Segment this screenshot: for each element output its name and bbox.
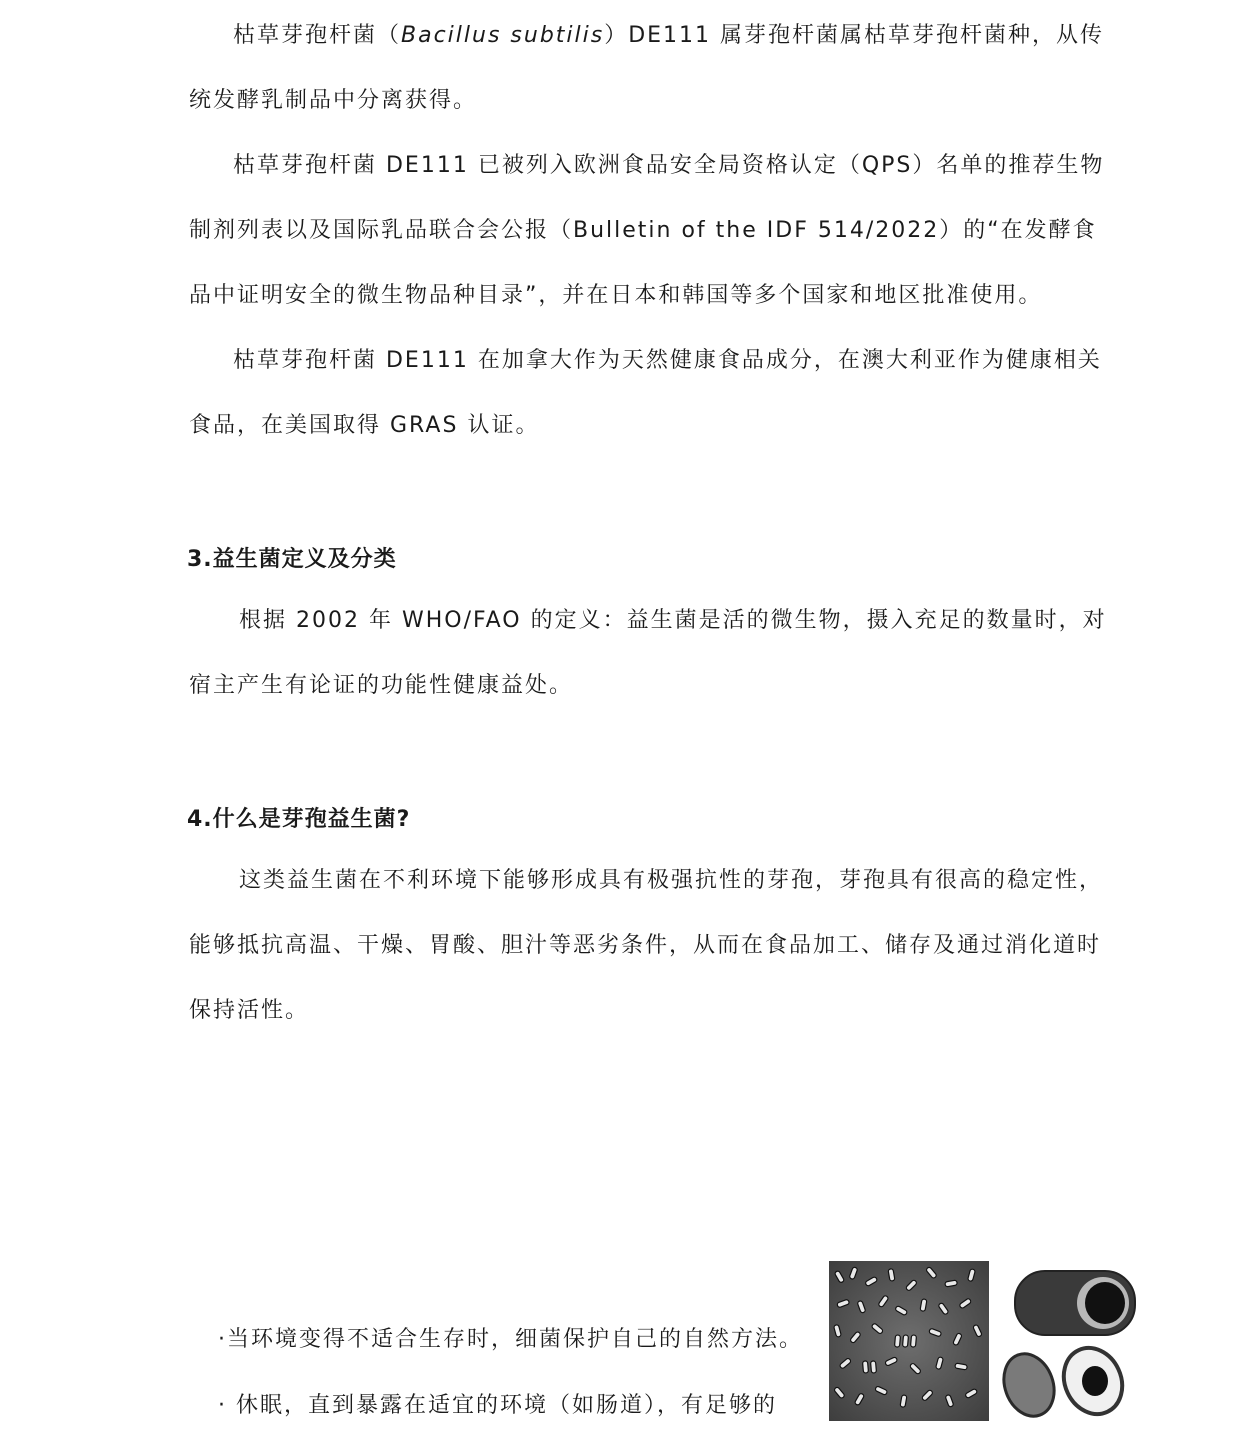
paragraph-qps-status: 枯草芽孢杆菌 DE111 已被列入欧洲食品安全局资格认定（QPS）名单的推荐生物…	[189, 133, 1109, 328]
text: 枯草芽孢杆菌 DE111 在加拿大作为天然健康食品成分，在澳大利亚作为健康相关食…	[189, 348, 1102, 438]
text: 这类益生菌在不利环境下能够形成具有极强抗性的芽孢，芽孢具有很高的稳定性，能够抵抗…	[189, 868, 1103, 1023]
paragraph-bacillus-origin: 枯草芽孢杆菌（Bacillus subtilis）DE111 属芽孢杆菌属枯草芽…	[189, 3, 1109, 133]
spore-figure	[829, 1261, 1139, 1421]
text: 根据 2002 年 WHO/FAO 的定义：益生菌是活的微生物，摄入充足的数量时…	[189, 608, 1107, 698]
bullet-item: · 休眠，直到暴露在适宜的环境（如肠道），有足够的	[218, 1388, 777, 1419]
species-name: Bacillus subtilis	[401, 23, 604, 48]
section-4-heading: 4.什么是芽孢益生菌?	[187, 802, 410, 833]
text: 枯草芽孢杆菌（	[233, 23, 401, 48]
bacteria-micrograph-image	[829, 1261, 989, 1421]
bullet-item: ·当环境变得不适合生存时，细菌保护自己的自然方法。	[218, 1322, 803, 1353]
spore-electron-micrograph-image	[999, 1261, 1139, 1421]
paragraph-spore-probiotic: 这类益生菌在不利环境下能够形成具有极强抗性的芽孢，芽孢具有很高的稳定性，能够抵抗…	[189, 848, 1109, 1043]
text: 枯草芽孢杆菌 DE111 已被列入欧洲食品安全局资格认定（QPS）名单的推荐生物…	[189, 153, 1104, 308]
paragraph-regulatory: 枯草芽孢杆菌 DE111 在加拿大作为天然健康食品成分，在澳大利亚作为健康相关食…	[189, 328, 1109, 458]
section-3-heading: 3.益生菌定义及分类	[187, 542, 397, 573]
paragraph-probiotic-definition: 根据 2002 年 WHO/FAO 的定义：益生菌是活的微生物，摄入充足的数量时…	[189, 588, 1109, 718]
